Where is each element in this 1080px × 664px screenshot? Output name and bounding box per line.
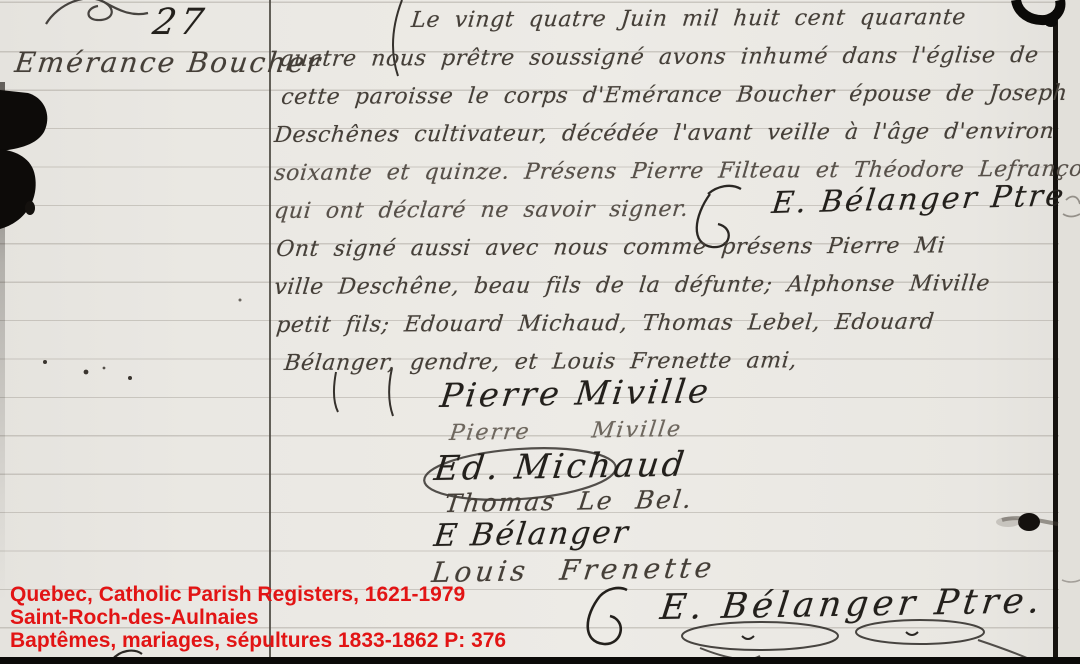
citation-parish: Saint-Roch-des-Aulnaies xyxy=(10,606,650,629)
margin-rule-line xyxy=(269,0,271,664)
signature-thomas-lebel: Thomas Le Bel. xyxy=(443,485,695,518)
scan-bottom-edge xyxy=(0,657,1080,664)
citation-volume-page: Baptêmes, mariages, sépultures 1833-1862… xyxy=(10,629,650,652)
signature-pierre-miville: Pierre Miville xyxy=(438,371,713,415)
record-line: Le vingt quatre Juin mil huit cent quara… xyxy=(410,5,967,33)
record-line: cette paroisse le corps d'Emérance Bouch… xyxy=(280,81,1069,110)
record-line: Bélanger, gendre, et Louis Frenette ami, xyxy=(283,348,798,376)
record-line: petit fils; Edouard Michaud, Thomas Lebe… xyxy=(275,310,936,338)
signature-ed-michaud: Ed. Michaud xyxy=(432,445,689,489)
record-line: quatre nous prêtre soussigné avons inhum… xyxy=(278,43,1040,72)
signature-e-belanger: E Bélanger xyxy=(432,515,632,554)
signature-pierre-miville-2: Pierre Miville xyxy=(448,417,684,446)
scanned-register-page: 27 Emérance Boucher Le vingt quatre Juin… xyxy=(0,0,1080,664)
entry-name-margin: Emérance Boucher xyxy=(13,46,324,79)
record-line: qui ont déclaré ne savoir signer. xyxy=(273,197,690,224)
signature-e-belanger-ptre: E. Bélanger Ptre. xyxy=(658,581,1046,628)
left-edge-shadow xyxy=(0,82,5,602)
record-line: Deschênes cultivateur, décédée l'avant v… xyxy=(273,119,1056,148)
page-gutter-line xyxy=(1053,10,1058,664)
citation-collection: Quebec, Catholic Parish Registers, 1621-… xyxy=(10,583,650,606)
entry-number: 27 xyxy=(150,2,210,43)
record-line: Ont signé aussi avec nous comme présens … xyxy=(275,233,947,262)
record-line: ville Deschêne, beau fils de la défunte;… xyxy=(273,271,991,300)
